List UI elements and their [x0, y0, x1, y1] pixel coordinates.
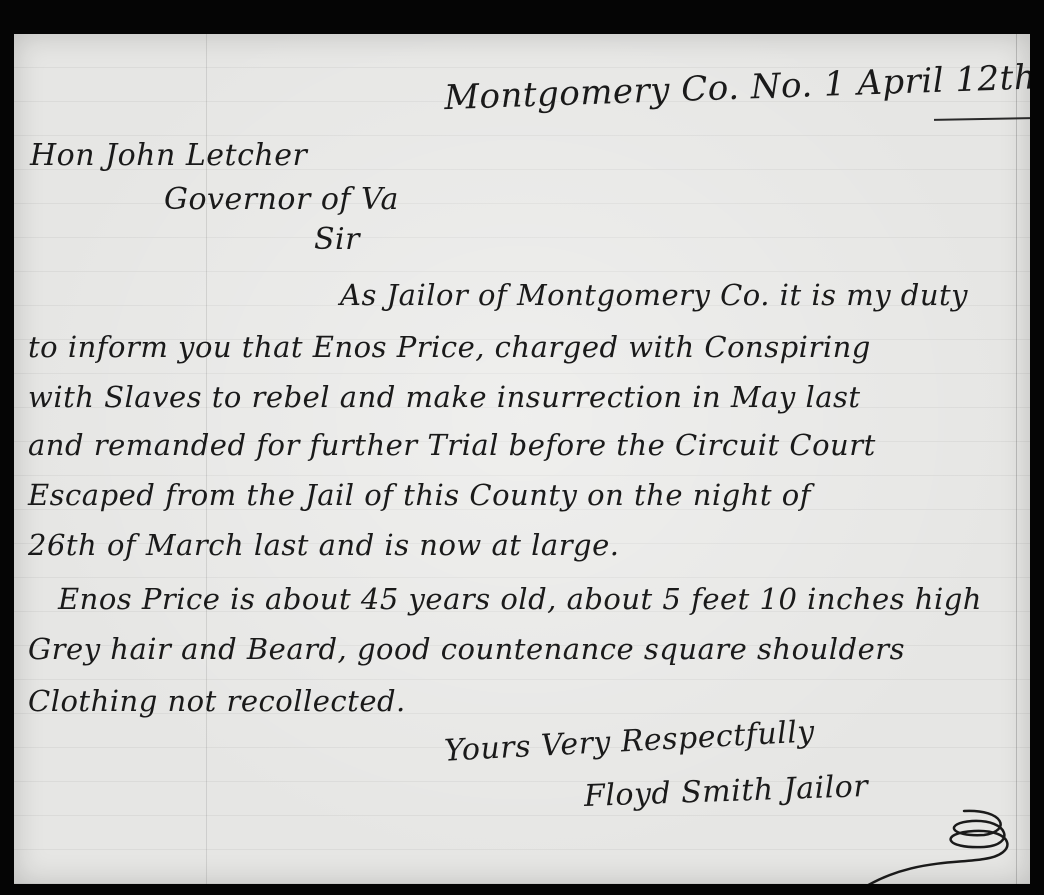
body-line: 26th of March last and is now at large.: [28, 528, 620, 562]
closing-phrase: Yours Very Respectfully: [443, 714, 815, 768]
body-line: Enos Price is about 45 years old, about …: [58, 582, 982, 616]
letter-paper: Montgomery Co. No. 1 April 12th 1862 Hon…: [14, 34, 1030, 884]
signature-flourish-icon: [844, 769, 1024, 884]
body-line: with Slaves to rebel and make insurrecti…: [28, 380, 861, 414]
recipient-name: Hon John Letcher: [30, 138, 307, 173]
salutation: Sir: [314, 222, 360, 257]
body-line: As Jailor of Montgomery Co. it is my dut…: [340, 278, 968, 312]
body-line: Grey hair and Beard, good countenance sq…: [28, 632, 905, 666]
body-line: Clothing not recollected.: [28, 684, 406, 718]
paper-edge-line: [1016, 34, 1017, 884]
body-line: Escaped from the Jail of this County on …: [28, 478, 811, 512]
dateline: Montgomery Co. No. 1 April 12th 1862: [444, 54, 1030, 118]
body-line: and remanded for further Trial before th…: [28, 428, 876, 462]
body-line: to inform you that Enos Price, charged w…: [28, 330, 871, 364]
recipient-title: Governor of Va: [164, 182, 399, 217]
scanned-document: Montgomery Co. No. 1 April 12th 1862 Hon…: [0, 0, 1044, 895]
signature: Floyd Smith Jailor: [583, 769, 868, 814]
